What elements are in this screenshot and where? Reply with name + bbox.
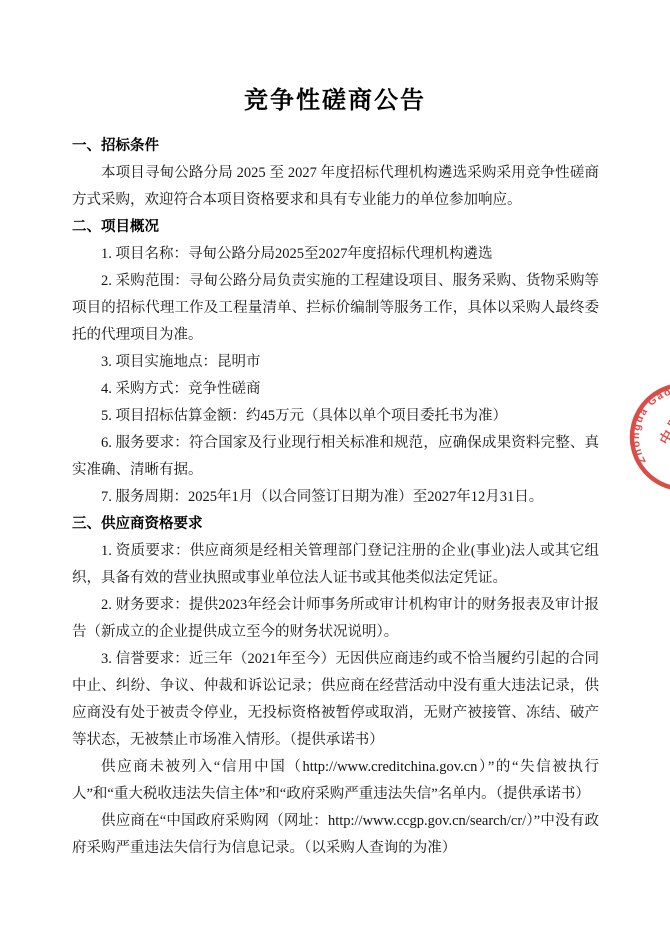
paragraph: 1. 项目名称：寻甸公路分局2025至2027年度招标代理机构遴选 bbox=[72, 241, 599, 268]
seal-rim-text: Zhongda Gaolu Consulting bbox=[623, 376, 670, 466]
page-title: 竞争性磋商公告 bbox=[0, 80, 670, 115]
paragraph: 2. 财务要求：提供2023年经会计师事务所或审计机构审计的财务报表及审计报告（… bbox=[72, 592, 599, 646]
section-heading: 二、项目概况 bbox=[72, 214, 599, 241]
section-heading: 一、招标条件 bbox=[72, 133, 599, 160]
company-seal-stamp-icon: Zhongda Gaolu Consulting 中 德 高 路 咨 询 bbox=[618, 371, 670, 502]
paragraph: 1. 资质要求：供应商须是经相关管理部门登记注册的企业(事业)法人或其它组织，具… bbox=[72, 538, 599, 592]
seal-inner-text: 中 德 高 路 咨 询 bbox=[656, 412, 670, 463]
paragraph: 6. 服务要求：符合国家及行业现行相关标准和规范，应确保成果资料完整、真实准确、… bbox=[72, 430, 599, 484]
paragraph: 供应商在“中国政府采购网（网址：http://www.ccgp.gov.cn/s… bbox=[72, 808, 599, 862]
section-project-overview: 二、项目概况 1. 项目名称：寻甸公路分局2025至2027年度招标代理机构遴选… bbox=[72, 214, 599, 511]
document-page: 竞争性磋商公告 一、招标条件 本项目寻甸公路分局 2025 至 2027 年度招… bbox=[0, 0, 670, 942]
paragraph: 3. 项目实施地点：昆明市 bbox=[72, 349, 599, 376]
section-bid-conditions: 一、招标条件 本项目寻甸公路分局 2025 至 2027 年度招标代理机构遴选采… bbox=[72, 133, 599, 214]
svg-text:Zhongda Gaolu Consulting: Zhongda Gaolu Consulting bbox=[623, 376, 670, 466]
document-body: 一、招标条件 本项目寻甸公路分局 2025 至 2027 年度招标代理机构遴选采… bbox=[72, 133, 599, 862]
paragraph: 7. 服务周期：2025年1月（以合同签订日期为准）至2027年12月31日。 bbox=[72, 484, 599, 511]
paragraph: 本项目寻甸公路分局 2025 至 2027 年度招标代理机构遴选采购采用竞争性磋… bbox=[72, 160, 599, 214]
paragraph: 供应商未被列入“信用中国（http://www.creditchina.gov.… bbox=[72, 754, 599, 808]
paragraph: 3. 信誉要求：近三年（2021年至今）无因供应商违约或不恰当履约引起的合同中止… bbox=[72, 646, 599, 754]
svg-text:路: 路 bbox=[665, 412, 670, 432]
section-heading: 三、供应商资格要求 bbox=[72, 511, 599, 538]
svg-text:中: 中 bbox=[656, 427, 670, 447]
paragraph: 4. 采购方式：竞争性磋商 bbox=[72, 376, 599, 403]
section-supplier-qualifications: 三、供应商资格要求 1. 资质要求：供应商须是经相关管理部门登记注册的企业(事业… bbox=[72, 511, 599, 862]
paragraph: 2. 采购范围：寻甸公路分局负责实施的工程建设项目、服务采购、货物采购等项目的招… bbox=[72, 268, 599, 349]
paragraph: 5. 项目招标估算金额：约45万元（具体以单个项目委托书为准） bbox=[72, 403, 599, 430]
